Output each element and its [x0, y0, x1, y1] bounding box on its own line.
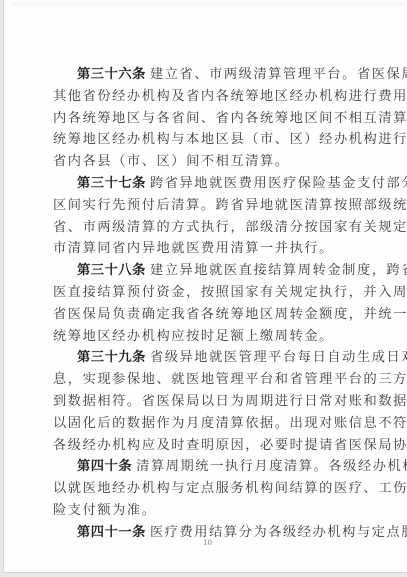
page-number: 10	[4, 539, 407, 547]
article-40: 第四十条清算周期统一执行月度清算。各级经办机构间清算 以就医地经办机构与定点服务…	[53, 456, 365, 521]
article-36: 第三十六条建立省、市两级清算管理平台。省医保局负责与 其他省份经办机构及省内各统…	[53, 64, 365, 173]
text-line: 内各统筹地区与各省间、省内各统筹地区间不相互清算；省内各	[53, 108, 365, 130]
text-line: 省、市两级清算的方式执行，部级清分按国家有关规定执行，省、	[53, 217, 365, 239]
text-line: 各级经办机构应及时查明原因，必要时提请省医保局协调处理。	[53, 435, 365, 457]
text-line: 医疗费用结算分为各级经办机构与定点服务机	[150, 525, 407, 540]
article-first-line: 第三十六条建立省、市两级清算管理平台。省医保局负责与	[53, 64, 365, 86]
article-37: 第三十七条跨省异地就医费用医疗保险基金支付部分在地 区间实行先预付后清算。跨省异…	[53, 173, 365, 260]
article-heading: 第三十六条	[77, 67, 146, 82]
text-line: 其他省份经办机构及省内各统筹地区经办机构进行费用清算，省	[53, 86, 365, 108]
text-line: 清算周期统一执行月度清算。各级经办机构间清算	[136, 459, 407, 474]
article-first-line: 第三十九条省级异地就医管理平台每日自动生成日对账信	[53, 347, 365, 369]
text-line: 统筹地区经办机构应按时足额上缴周转金。	[53, 326, 365, 348]
article-heading: 第三十八条	[77, 263, 146, 278]
article-first-line: 第三十八条建立异地就医直接结算周转金制度，跨省异地就	[53, 260, 365, 282]
document-body: 第三十六条建立省、市两级清算管理平台。省医保局负责与 其他省份经办机构及省内各统…	[53, 64, 365, 544]
article-heading: 第三十七条	[77, 176, 146, 191]
article-first-line: 第四十条清算周期统一执行月度清算。各级经办机构间清算	[53, 456, 365, 478]
document-page: 第三十六条建立省、市两级清算管理平台。省医保局负责与 其他省份经办机构及省内各统…	[3, 0, 407, 573]
text-line: 省级异地就医管理平台每日自动生成日对账信	[150, 350, 407, 365]
text-line: 建立异地就医直接结算周转金制度，跨省异地就	[150, 263, 407, 278]
article-heading: 第三十九条	[77, 350, 146, 365]
text-line: 险支付额为准。	[53, 500, 365, 522]
text-line: 省医保局负责确定我省各统筹地区周转金额度，并统一收拨，各	[53, 304, 365, 326]
article-first-line: 第三十七条跨省异地就医费用医疗保险基金支付部分在地	[53, 173, 365, 195]
text-line: 统筹地区经办机构与本地区县（市、区）经办机构进行费用清算，	[53, 129, 365, 151]
text-line: 省内各县（市、区）间不相互清算。	[53, 151, 365, 173]
article-heading: 第四十一条	[77, 525, 146, 540]
article-38: 第三十八条建立异地就医直接结算周转金制度，跨省异地就 医直接结算预付资金，按照国…	[53, 260, 365, 347]
text-line: 区间实行先预付后清算。跨省异地就医清算按照部级统一清分，	[53, 195, 365, 217]
text-line: 息，实现参保地、就医地管理平台和省管理平台的三方对账，做	[53, 369, 365, 391]
text-line: 市清算同省内异地就医费用清算一并执行。	[53, 238, 365, 260]
text-line: 跨省异地就医费用医疗保险基金支付部分在地	[150, 176, 407, 191]
text-line: 以固化后的数据作为月度清算依据。出现对账信息不符情况时，	[53, 413, 365, 435]
bleed-through-shadow	[12, 2, 404, 7]
text-line: 建立省、市两级清算管理平台。省医保局负责与	[150, 67, 407, 82]
text-line: 到数据相符。省医保局以日为周期进行日常对账和数据固化，并	[53, 391, 365, 413]
text-line: 医直接结算预付资金，按照国家有关规定执行，并入周转金管理。	[53, 282, 365, 304]
article-39: 第三十九条省级异地就医管理平台每日自动生成日对账信 息，实现参保地、就医地管理平…	[53, 347, 365, 456]
text-line: 以就医地经办机构与定点服务机构间结算的医疗、工伤、生育保	[53, 478, 365, 500]
article-heading: 第四十条	[77, 459, 132, 474]
